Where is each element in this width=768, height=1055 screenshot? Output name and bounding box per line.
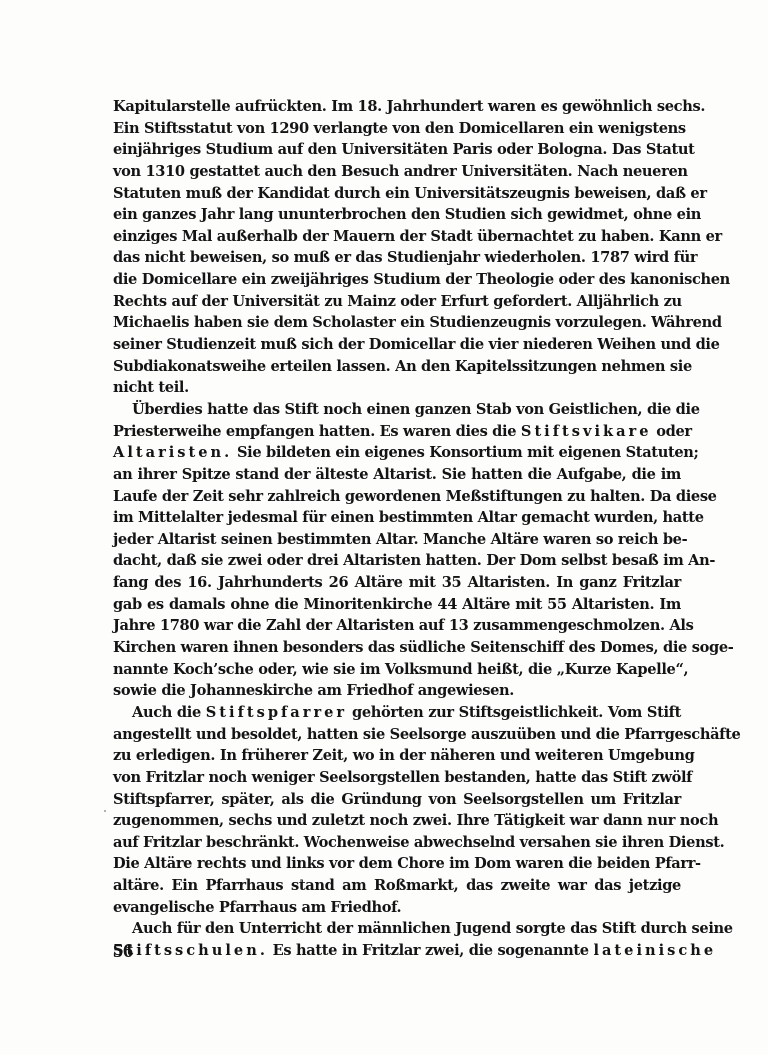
text-line: auf Fritzlar beschränkt. Wochenweise abw…	[113, 832, 681, 854]
text-line: Auch die Stiftspfarrer gehörten zur Stif…	[113, 702, 681, 724]
text-run: Auch die	[132, 704, 206, 721]
text-line: Statuten muß der Kandidat durch ein Univ…	[113, 183, 681, 205]
text-line: altäre. Ein Pfarrhaus stand am Roßmarkt,…	[113, 875, 681, 897]
text-line: Überdies hatte das Stift noch einen ganz…	[113, 399, 681, 421]
text-line: von 1310 gestattet auch den Besuch andre…	[113, 161, 681, 183]
text-line: evangelische Pfarrhaus am Friedhof.	[113, 897, 681, 919]
print-speck	[300, 880, 302, 882]
text-line: jeder Altarist seinen bestimmten Altar. …	[113, 529, 681, 551]
text-line: Subdiakonatsweihe erteilen lassen. An de…	[113, 356, 681, 378]
emphasized-term: Altaristen.	[113, 444, 232, 461]
text-line: im Mittelalter jedesmal für einen bestim…	[113, 507, 681, 529]
text-line: nicht teil.	[113, 377, 681, 399]
text-line: Priesterweihe empfangen hatten. Es waren…	[113, 421, 681, 443]
text-line: das nicht beweisen, so muß er das Studie…	[113, 247, 681, 269]
text-line: von Fritzlar noch weniger Seelsorgstelle…	[113, 767, 681, 789]
print-speck	[104, 810, 106, 812]
text-line: Altaristen. Sie bildeten ein eigenes Kon…	[113, 442, 681, 464]
text-line: seiner Studienzeit muß sich der Domicell…	[113, 334, 681, 356]
page-number: 56	[113, 940, 133, 963]
text-run: Es hatte in Fritzlar zwei, die sogenannt…	[268, 942, 594, 959]
text-line: sowie die Johanneskirche am Friedhof ang…	[113, 680, 681, 702]
text-line: Stiftspfarrer, später, als die Gründung …	[113, 789, 681, 811]
text-line: Laufe der Zeit sehr zahlreich gewordenen…	[113, 486, 681, 508]
text-line: ein ganzes Jahr lang ununterbrochen den …	[113, 204, 681, 226]
text-run: gehörten zur Stiftsgeistlichkeit. Vom St…	[347, 704, 681, 721]
text-line: fang des 16. Jahrhunderts 26 Altäre mit …	[113, 572, 681, 594]
emphasized-term: lateinische	[593, 942, 716, 959]
text-line: Michaelis haben sie dem Scholaster ein S…	[113, 312, 681, 334]
emphasized-term: Stiftsvikare	[521, 423, 652, 440]
text-line: an ihrer Spitze stand der älteste Altari…	[113, 464, 681, 486]
emphasized-term: Stiftspfarrer	[206, 704, 347, 721]
text-line: zu erledigen. In früherer Zeit, wo in de…	[113, 745, 681, 767]
text-line: einjähriges Studium auf den Universitäte…	[113, 139, 681, 161]
text-line: Kapitularstelle aufrückten. Im 18. Jahrh…	[113, 96, 681, 118]
text-line: nannte Koch’sche oder, wie sie im Volksm…	[113, 659, 681, 681]
text-line: Stiftsschulen. Es hatte in Fritzlar zwei…	[113, 940, 681, 962]
text-line: Die Altäre rechts und links vor dem Chor…	[113, 853, 681, 875]
text-run: oder	[652, 423, 692, 440]
text-line: zugenommen, sechs und zuletzt noch zwei.…	[113, 810, 681, 832]
text-line: Rechts auf der Universität zu Mainz oder…	[113, 291, 681, 313]
text-run: Sie bildeten ein eigenes Konsortium mit …	[232, 444, 698, 461]
text-line: die Domicellare ein zweijähriges Studium…	[113, 269, 681, 291]
text-line: dacht, daß sie zwei oder drei Altaristen…	[113, 550, 681, 572]
text-run: Priesterweihe empfangen hatten. Es waren…	[113, 423, 521, 440]
text-line: Jahre 1780 war die Zahl der Altaristen a…	[113, 615, 681, 637]
text-line: Auch für den Unterricht der männlichen J…	[113, 918, 681, 940]
text-line: gab es damals ohne die Minoritenkirche 4…	[113, 594, 681, 616]
emphasized-term: Stiftsschulen.	[113, 942, 268, 959]
text-line: einziges Mal außerhalb der Mauern der St…	[113, 226, 681, 248]
text-line: Ein Stiftsstatut von 1290 verlangte von …	[113, 118, 681, 140]
book-page: Kapitularstelle aufrückten. Im 18. Jahrh…	[0, 0, 768, 1055]
text-line: Kirchen waren ihnen besonders das südlic…	[113, 637, 681, 659]
text-line: angestellt und besoldet, hatten sie Seel…	[113, 724, 681, 746]
body-text: Kapitularstelle aufrückten. Im 18. Jahrh…	[113, 96, 681, 962]
